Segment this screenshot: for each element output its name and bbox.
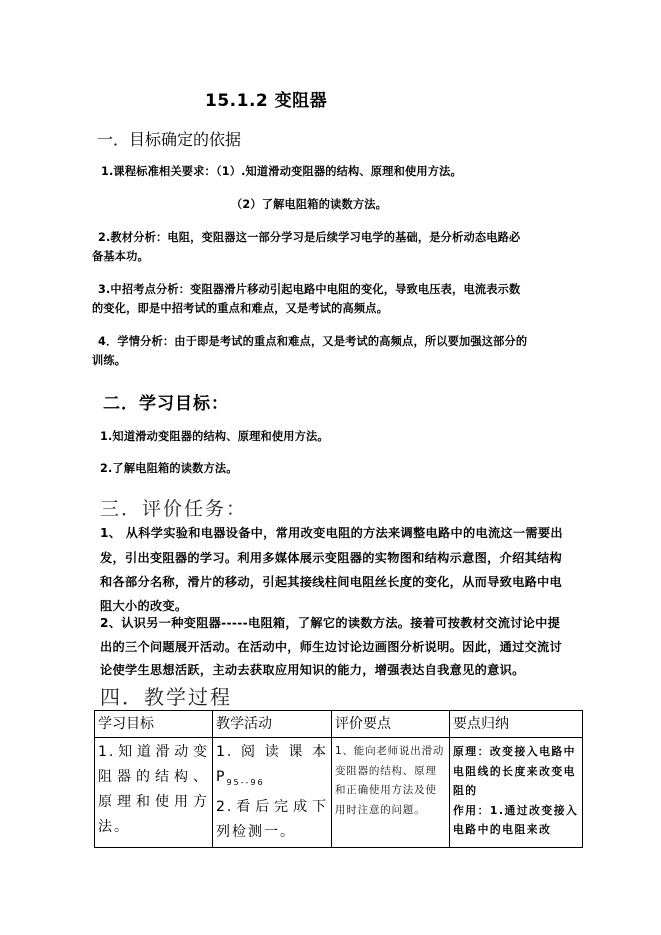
section3-para1-line1: 1、 从科学实验和电器设备中，常用改变电阻的方法来调整电路中的电流这一需要出 [100,524,563,541]
section1-item2-line1: 2.教材分析：电阻，变阻器这一部分学习是后续学习电学的基础，是分析动态电路必 [98,229,520,245]
section3-para2-line3: 论使学生思想活跃，主动去获取应用知识的能力，增强表达自我意见的意识。 [100,661,525,678]
section2-item1: 1.知道滑动变阻器的结构、原理和使用方法。 [100,428,329,444]
section3-para2-line2: 出的三个问题展开活动。在活动中，师生边讨论边画图分析说明。因此，通过交流讨 [100,638,562,655]
document-title: 15.1.2 变阻器 [205,86,327,111]
section1-item4-line1: 4．学情分析：由于即是考试的重点和难点，又是考试的高频点，所以要加强这部分的 [98,333,527,349]
section2-heading: 二．学习目标： [103,389,229,414]
section1-item1-line2: （2）了解电阻箱的读数方法。 [231,196,387,212]
section3-para2-line1: 2、认识另一种变阻器-----电阻箱，了解它的读数方法。接着可按教材交流讨论中提 [100,614,560,631]
section1-item3-line2: 的变化，即是中招考试的重点和难点，又是考试的高频点。 [92,300,388,316]
table-header-row: 学习目标 教学活动 评价要点 要点归纳 [95,711,583,738]
section3-para1-line4: 阻大小的改变。 [100,597,187,614]
section1-heading: 一．目标确定的依据 [97,127,241,150]
header-learning-goal: 学习目标 [95,711,213,738]
section1-item2-line2: 备基本功。 [92,248,149,264]
section1-item4-line2: 训练。 [92,352,126,368]
section3-para1-line2: 发，引出变阻器的学习。利用多媒体展示变阻器的实物图和结构示意图，介绍其结构 [100,549,562,566]
section2-item2: 2.了解电阻箱的读数方法。 [100,460,238,476]
summary-principle: 原理：改变接入电路中电阻线的长度来改变电阻的 [453,742,579,801]
header-key-summary: 要点归纳 [450,711,583,738]
activity-page-range: 95--96 [226,778,264,787]
cell-learning-goal: 1.知道滑动变阻器的结构、原理和使用方法。 [95,738,213,848]
summary-function: 作用：1.通过改变接入电路中的电阻来改 [453,801,579,840]
teaching-process-table: 学习目标 教学活动 评价要点 要点归纳 1.知道滑动变阻器的结构、原理和使用方法… [94,710,583,848]
section3-para1-line3: 和各部分名称，滑片的移动，引起其接线柱间电阻丝长度的变化，从而导致电路中电 [100,573,562,590]
cell-teaching-activity: 1.阅读课本 P95--96 2.看后完成下列检测一。 [213,738,332,848]
section1-item1-line1: 1.课程标准相关要求：（1）.知道滑动变阻器的结构、原理和使用方法。 [101,163,462,179]
header-teaching-activity: 教学活动 [213,711,332,738]
cell-evaluation-points: 1、能向老师说出滑动变阻器的结构、原理和正确使用方法及使用时注意的问题。 [332,738,450,848]
section4-heading: 四．教学过程 [100,681,232,710]
section3-heading: 三．评价任务： [100,494,247,521]
activity-complete-test: 2.看后完成下列检测一。 [216,799,328,840]
header-evaluation-points: 评价要点 [332,711,450,738]
cell-key-summary: 原理：改变接入电路中电阻线的长度来改变电阻的 作用：1.通过改变接入电路中的电阻… [450,738,583,848]
section1-item3-line1: 3.中招考点分析：变阻器滑片移动引起电路中电阻的变化，导致电压表，电流表示数 [98,281,520,297]
table-row: 1.知道滑动变阻器的结构、原理和使用方法。 1.阅读课本 P95--96 2.看… [95,738,583,848]
